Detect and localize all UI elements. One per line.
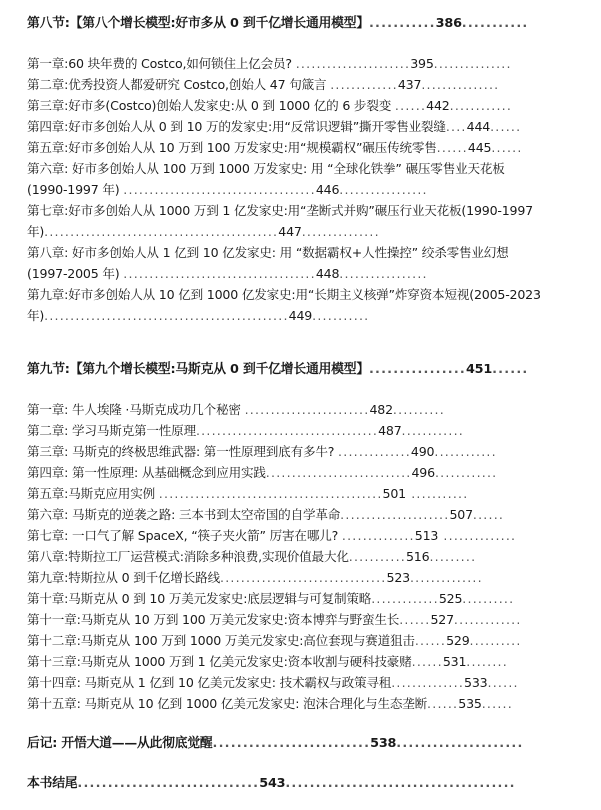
page-number: 482: [369, 402, 392, 417]
page-number: 447: [278, 224, 301, 239]
page-number: 538: [370, 736, 396, 751]
page-number: 531: [443, 654, 466, 669]
page-number: 523: [387, 570, 410, 585]
toc-section-8[interactable]: 第八节:【第八个增长模型:好市多从 0 到千亿增长通用模型】..........…: [27, 14, 575, 34]
toc-entry[interactable]: 第十二章:马斯克从 100 万到 1000 万美元发家史:高位套现与赛道狙击..…: [27, 631, 575, 651]
page-number: 527: [430, 612, 453, 627]
toc-entry-continued[interactable]: 年)......................................…: [27, 306, 575, 326]
toc-entry[interactable]: 第四章: 第一性原理: 从基础概念到应用实践..................…: [27, 463, 575, 483]
toc-entry[interactable]: 第六章: 好市多创始人从 100 万到 1000 万发家史: 用 “全球化铁拳”…: [27, 159, 575, 179]
toc-entry-continued[interactable]: (1990-1997 年) ..........................…: [27, 180, 575, 200]
page-number: 437: [398, 77, 421, 92]
dot-leader: ...........: [369, 16, 436, 31]
page-number: 445: [468, 140, 491, 155]
toc-entry[interactable]: 第三章: 马斯克的终极思维武器: 第一性原理到底有多牛? ...........…: [27, 442, 575, 462]
page-number: 501: [383, 486, 406, 501]
page-number: 533: [464, 675, 487, 690]
toc-entry[interactable]: 第三章:好市多(Costco)创始人发家史:从 0 到 1000 亿的 6 步裂…: [27, 96, 575, 116]
page-number: 487: [378, 423, 401, 438]
toc-entry[interactable]: 第九章:特斯拉从 0 到千亿增长路线......................…: [27, 568, 575, 588]
toc-entry-continued[interactable]: 年)......................................…: [27, 222, 575, 242]
toc-afterword[interactable]: 后记: 开悟大道——从此彻底觉醒........................…: [27, 734, 575, 754]
toc-entry[interactable]: 第五章:好市多创始人从 10 万到 100 万发家史:用“规模霸权”碾压传统零售…: [27, 138, 575, 158]
page-number: 395: [410, 56, 433, 71]
page-number: 446: [316, 182, 339, 197]
page-number: 386: [436, 16, 462, 31]
dot-leader: ................: [369, 362, 466, 377]
page-number: 525: [439, 591, 462, 606]
toc-section-9[interactable]: 第九节:【第九个增长模型:马斯克从 0 到千亿增长通用模型】..........…: [27, 360, 575, 380]
page-number: 535: [458, 696, 481, 711]
page-number: 496: [411, 465, 434, 480]
toc-entry[interactable]: 第二章:优秀投资人都爱研究 Costco,创始人 47 句箴言 ........…: [27, 75, 575, 95]
toc-entry[interactable]: 第九章:好市多创始人从 10 亿到 1000 亿发家史:用“长期主义核弹”炸穿资…: [27, 285, 575, 305]
toc-entry[interactable]: 第八章:特斯拉工厂运营模式:消除多种浪费,实现价值最大化...........5…: [27, 547, 575, 567]
page-number: 507: [449, 507, 472, 522]
page-number: 529: [446, 633, 469, 648]
toc-entry[interactable]: 第十三章:马斯克从 1000 万到 1 亿美元发家史:资本收割与硬科技豪赌...…: [27, 652, 575, 672]
page-number: 448: [316, 266, 339, 281]
toc-entry[interactable]: 第四章:好市多创始人从 0 到 10 万的发家史:用“反常识逻辑”撕开零售业裂缝…: [27, 117, 575, 137]
toc-entry[interactable]: 第五章:马斯克应用实例 ............................…: [27, 484, 575, 504]
toc-entry-continued[interactable]: (1997-2005 年) ..........................…: [27, 264, 575, 284]
toc-entry[interactable]: 第十一章:马斯克从 10 万到 100 万美元发家史:资本博弈与野蛮生长....…: [27, 610, 575, 630]
toc-entry[interactable]: 第七章: 一口气了解 SpaceX, “筷子夹火箭” 厉害在哪儿? ......…: [27, 526, 575, 546]
page-number: 516: [406, 549, 429, 564]
toc-entry[interactable]: 第六章: 马斯克的逆袭之路: 三本书到太空帝国的自学革命............…: [27, 505, 575, 525]
page-number: 490: [411, 444, 434, 459]
page-number: 449: [289, 308, 312, 323]
toc-entry[interactable]: 第二章: 学习马斯克第一性原理.........................…: [27, 421, 575, 441]
page-number: 442: [426, 98, 449, 113]
page-number: 444: [467, 119, 490, 134]
toc-ending[interactable]: 本书结尾..............................543...…: [27, 774, 575, 794]
toc-entry[interactable]: 第七章:好市多创始人从 1000 万到 1 亿发家史:用“垄断式并购”碾压行业天…: [27, 201, 575, 221]
toc-entry[interactable]: 第十五章: 马斯克从 10 亿到 1000 亿美元发家史: 泡沫合理化与生态垄断…: [27, 694, 575, 714]
page-number: 513: [415, 528, 438, 543]
page-number: 451: [466, 362, 492, 377]
page-number: 543: [259, 776, 285, 791]
toc-entry[interactable]: 第一章: 牛人埃隆 ·马斯克成功几个秘密 ...................…: [27, 400, 575, 420]
toc-entry[interactable]: 第十四章: 马斯克从 1 亿到 10 亿美元发家史: 技术霸权与政策寻租....…: [27, 673, 575, 693]
toc-entry[interactable]: 第一章:60 块年费的 Costco,如何锁住上亿会员? ...........…: [27, 54, 575, 74]
toc-entry[interactable]: 第十章:马斯克从 0 到 10 万美元发家史:底层逻辑与可复制策略.......…: [27, 589, 575, 609]
toc-entry[interactable]: 第八章: 好市多创始人从 1 亿到 10 亿发家史: 用 “数据霸权+人性操控”…: [27, 243, 575, 263]
